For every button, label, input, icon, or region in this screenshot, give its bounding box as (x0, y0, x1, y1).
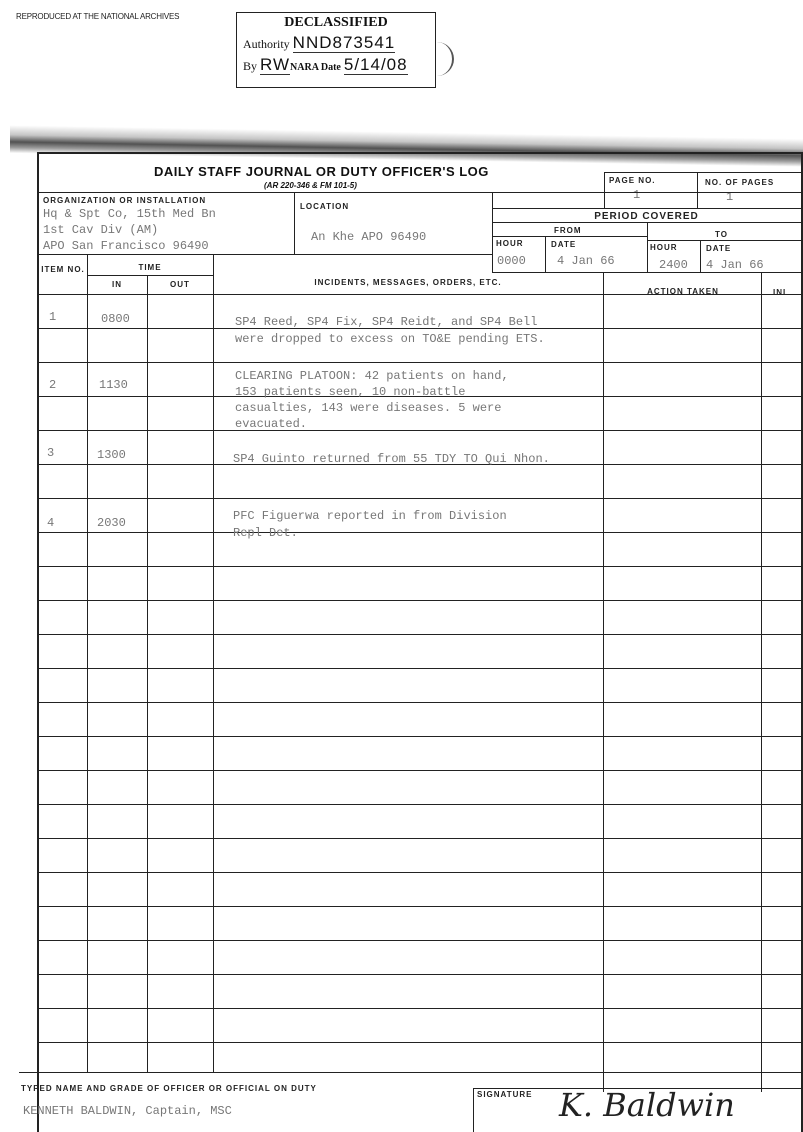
stamp-date-value: 5/14/08 (344, 55, 408, 75)
entry-4-time-in: 2030 (97, 516, 126, 530)
organization-label: ORGANIZATION OR INSTALLATION (43, 196, 206, 205)
page-no-label: PAGE NO. (609, 176, 656, 185)
from-date-value: 4 Jan 66 (557, 254, 615, 268)
entry-1-item: 1 (49, 310, 56, 324)
item-no-header: ITEM NO. (39, 264, 87, 275)
table-row-line (39, 906, 801, 907)
stamp-authority-value: NND873541 (293, 33, 396, 53)
entry-2-time-in: 1130 (99, 378, 128, 392)
stamp-authority: Authority NND873541 (243, 33, 435, 53)
stamp-bracket-mark (436, 42, 454, 76)
period-covered-label: PERIOD COVERED (492, 211, 801, 222)
table-row-line (39, 940, 801, 941)
archive-note: REPRODUCED AT THE NATIONAL ARCHIVES (16, 12, 179, 21)
table-row-line (39, 634, 801, 635)
table-row-line (39, 1042, 801, 1043)
in-header: IN (87, 280, 147, 289)
stamp-title: DECLASSIFIED (237, 15, 435, 31)
from-hour-label: HOUR (496, 239, 524, 248)
table-row-line (39, 974, 801, 975)
signature-label: SIGNATURE (477, 1090, 533, 1099)
table-row-line (39, 362, 801, 363)
to-hour-value: 2400 (659, 258, 688, 272)
from-date-label: DATE (551, 240, 576, 249)
signature: K. Baldwin (559, 1086, 735, 1124)
stamp-by-value: RW (260, 55, 290, 75)
to-date-label: DATE (706, 244, 731, 253)
entry-4-text: PFC Figuerwa reported in from Division R… (233, 508, 507, 542)
table-row-line (39, 566, 801, 567)
no-of-pages-label: NO. OF PAGES (705, 178, 774, 187)
to-date-value: 4 Jan 66 (706, 258, 764, 272)
to-hour-label: HOUR (650, 243, 678, 252)
table-row-line (39, 702, 801, 703)
table-row-line (39, 736, 801, 737)
entry-3-time-in: 1300 (97, 448, 126, 462)
to-label: TO (715, 230, 728, 239)
table-row-line (39, 838, 801, 839)
incidents-header: INCIDENTS, MESSAGES, ORDERS, ETC. (213, 278, 603, 287)
table-row-line (39, 1008, 801, 1009)
page-no-value: 1 (633, 188, 640, 202)
table-row-line (39, 600, 801, 601)
entry-4-item: 4 (47, 516, 54, 530)
form-subtitle: (AR 220-346 & FM 101-5) (264, 181, 357, 190)
location-value: An Khe APO 96490 (311, 230, 426, 244)
officer-name: KENNETH BALDWIN, Captain, MSC (23, 1104, 232, 1118)
table-row-line (39, 668, 801, 669)
table-row-line (39, 804, 801, 805)
out-header: OUT (147, 280, 213, 289)
from-label: FROM (554, 226, 582, 235)
table-row-line (39, 770, 801, 771)
stamp-by: By RWNARA Date 5/14/08 (243, 55, 435, 75)
entry-1-text: SP4 Reed, SP4 Fix, SP4 Reidt, and SP4 Be… (235, 314, 545, 348)
officer-label: TYPED NAME AND GRADE OF OFFICER OR OFFIC… (21, 1084, 317, 1093)
entry-2-text: CLEARING PLATOON: 42 patients on hand, 1… (235, 368, 509, 432)
location-label: LOCATION (300, 202, 349, 211)
organization-value: Hq & Spt Co, 15th Med Bn 1st Cav Div (AM… (43, 206, 216, 254)
entry-1-time-in: 0800 (101, 312, 130, 326)
time-header: TIME (87, 263, 213, 272)
inl-header: INL (761, 288, 801, 297)
table-row-line (39, 498, 801, 499)
entry-2-item: 2 (49, 378, 56, 392)
form-title: DAILY STAFF JOURNAL OR DUTY OFFICER'S LO… (154, 164, 489, 179)
declassified-stamp: DECLASSIFIED Authority NND873541 By RWNA… (236, 12, 436, 88)
entry-3-text: SP4 Guinto returned from 55 TDY TO Qui N… (233, 452, 550, 466)
entry-3-item: 3 (47, 446, 54, 460)
from-hour-value: 0000 (497, 254, 526, 268)
duty-log-form: DAILY STAFF JOURNAL OR DUTY OFFICER'S LO… (37, 152, 803, 1132)
table-row-line (39, 872, 801, 873)
